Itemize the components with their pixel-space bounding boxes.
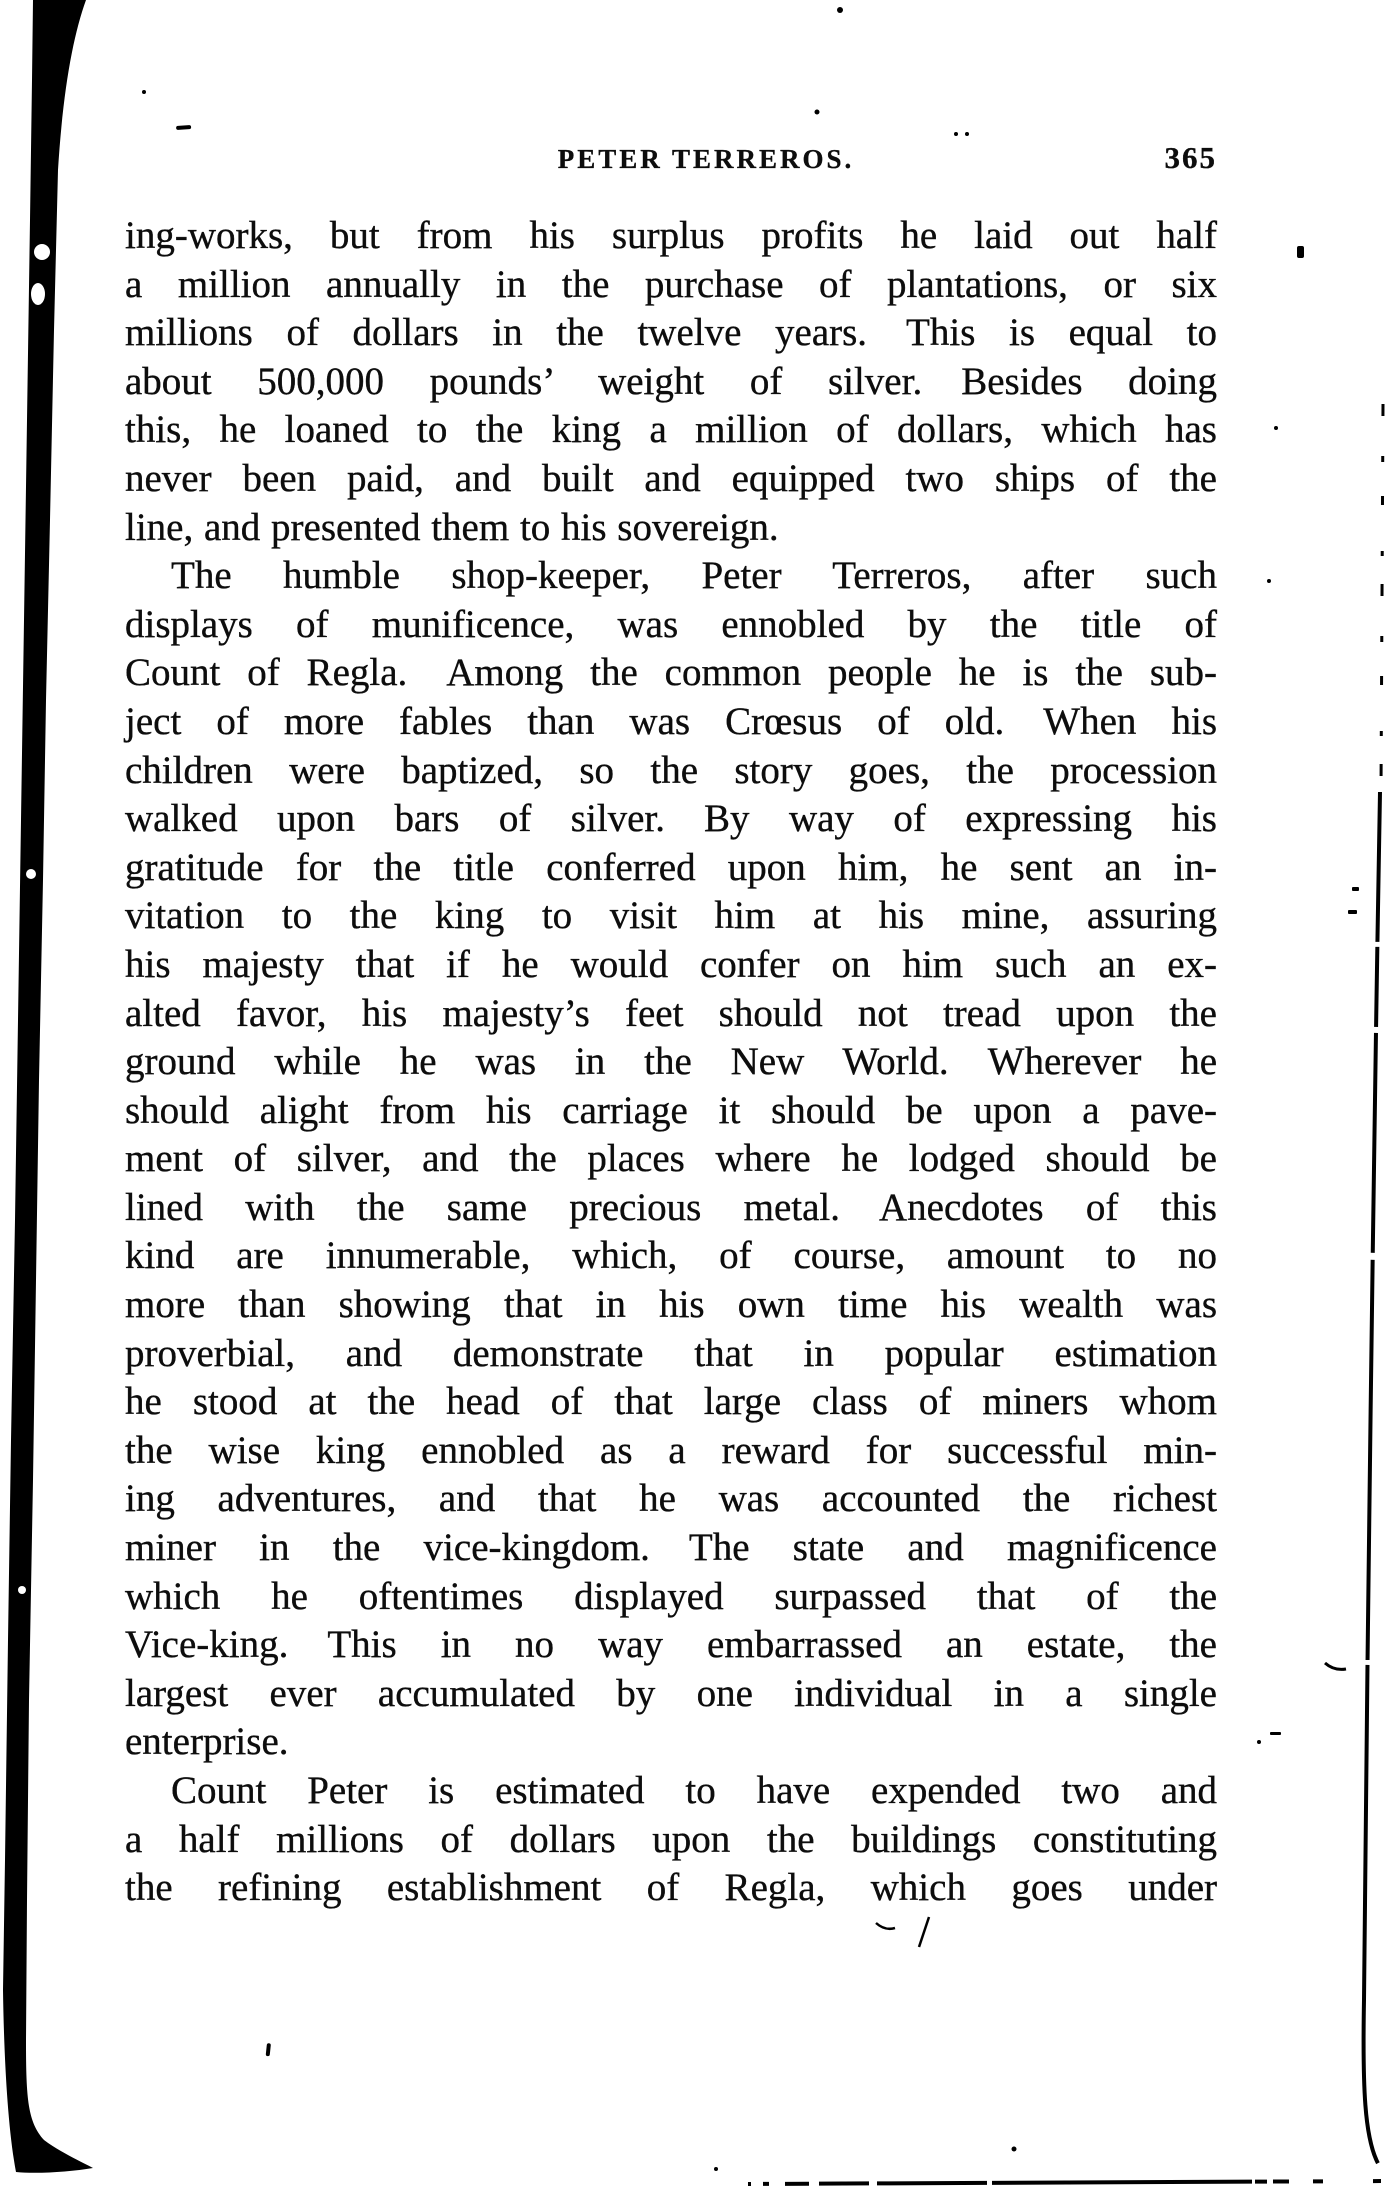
text-line: children were baptized, so the story goe… bbox=[125, 747, 1217, 796]
text-line: which he oftentimes displayed surpassed … bbox=[125, 1573, 1217, 1622]
text-line: proverbial, and demonstrate that in popu… bbox=[125, 1330, 1217, 1379]
text-line: about 500,000 pounds’ weight of silver. … bbox=[125, 358, 1217, 407]
left-edge-scan-band bbox=[3, 0, 93, 2173]
page-number: 365 bbox=[1165, 140, 1218, 176]
text-line: ing adventures, and that he was accounte… bbox=[125, 1475, 1217, 1524]
running-header: PETER TERREROS. 365 bbox=[125, 144, 1217, 184]
text-line: his majesty that if he would confer on h… bbox=[125, 941, 1217, 990]
text-line: gratitude for the title conferred upon h… bbox=[125, 844, 1217, 893]
text-line: should alight from his carriage it shoul… bbox=[125, 1087, 1217, 1136]
text-line: enterprise. bbox=[125, 1718, 1217, 1767]
text-line: largest ever accumulated by one individu… bbox=[125, 1670, 1217, 1719]
text-line: the wise king ennobled as a reward for s… bbox=[125, 1427, 1217, 1476]
text-line: Count Peter is estimated to have expende… bbox=[125, 1767, 1217, 1816]
right-edge-scan-line bbox=[1364, 404, 1390, 2178]
text-line: more than showing that in his own time h… bbox=[125, 1281, 1217, 1330]
text-line: ment of silver, and the places where he … bbox=[125, 1135, 1217, 1184]
text-line: a half millions of dollars upon the buil… bbox=[125, 1816, 1217, 1865]
text-line: kind are innumerable, which, of course, … bbox=[125, 1232, 1217, 1281]
text-line: this, he loaned to the king a million of… bbox=[125, 406, 1217, 455]
text-line: vitation to the king to visit him at his… bbox=[125, 892, 1217, 941]
text-line: never been paid, and built and equipped … bbox=[125, 455, 1217, 504]
text-line: lined with the same precious metal. Anec… bbox=[125, 1184, 1217, 1233]
text-line: Count of Regla. Among the common people … bbox=[125, 649, 1217, 698]
page-title: PETER TERREROS. bbox=[125, 144, 1217, 175]
text-line: a million annually in the purchase of pl… bbox=[125, 261, 1217, 310]
body-text: ing-works, but from his surplus profits … bbox=[125, 212, 1217, 1913]
text-line: he stood at the head of that large class… bbox=[125, 1378, 1217, 1427]
text-line: miner in the vice-kingdom. The state and… bbox=[125, 1524, 1217, 1573]
text-line: ject of more fables than was Crœsus of o… bbox=[125, 698, 1217, 747]
text-line: line, and presented them to his sovereig… bbox=[125, 504, 1217, 553]
text-line: walked upon bars of silver. By way of ex… bbox=[125, 795, 1217, 844]
text-line: alted favor, his majesty’s feet should n… bbox=[125, 990, 1217, 1039]
text-line: displays of munificence, was ennobled by… bbox=[125, 601, 1217, 650]
text-line: ing-works, but from his surplus profits … bbox=[125, 212, 1217, 261]
text-line: The humble shop-keeper, Peter Terreros, … bbox=[125, 552, 1217, 601]
bottom-edge-scan-line bbox=[748, 2181, 1390, 2184]
text-line: the refining establishment of Regla, whi… bbox=[125, 1864, 1217, 1913]
text-line: millions of dollars in the twelve years.… bbox=[125, 309, 1217, 358]
text-line: Vice-king. This in no way embarrassed an… bbox=[125, 1621, 1217, 1670]
text-line: ground while he was in the New World. Wh… bbox=[125, 1038, 1217, 1087]
book-page: PETER TERREROS. 365 ing-works, but from … bbox=[0, 0, 1390, 2188]
